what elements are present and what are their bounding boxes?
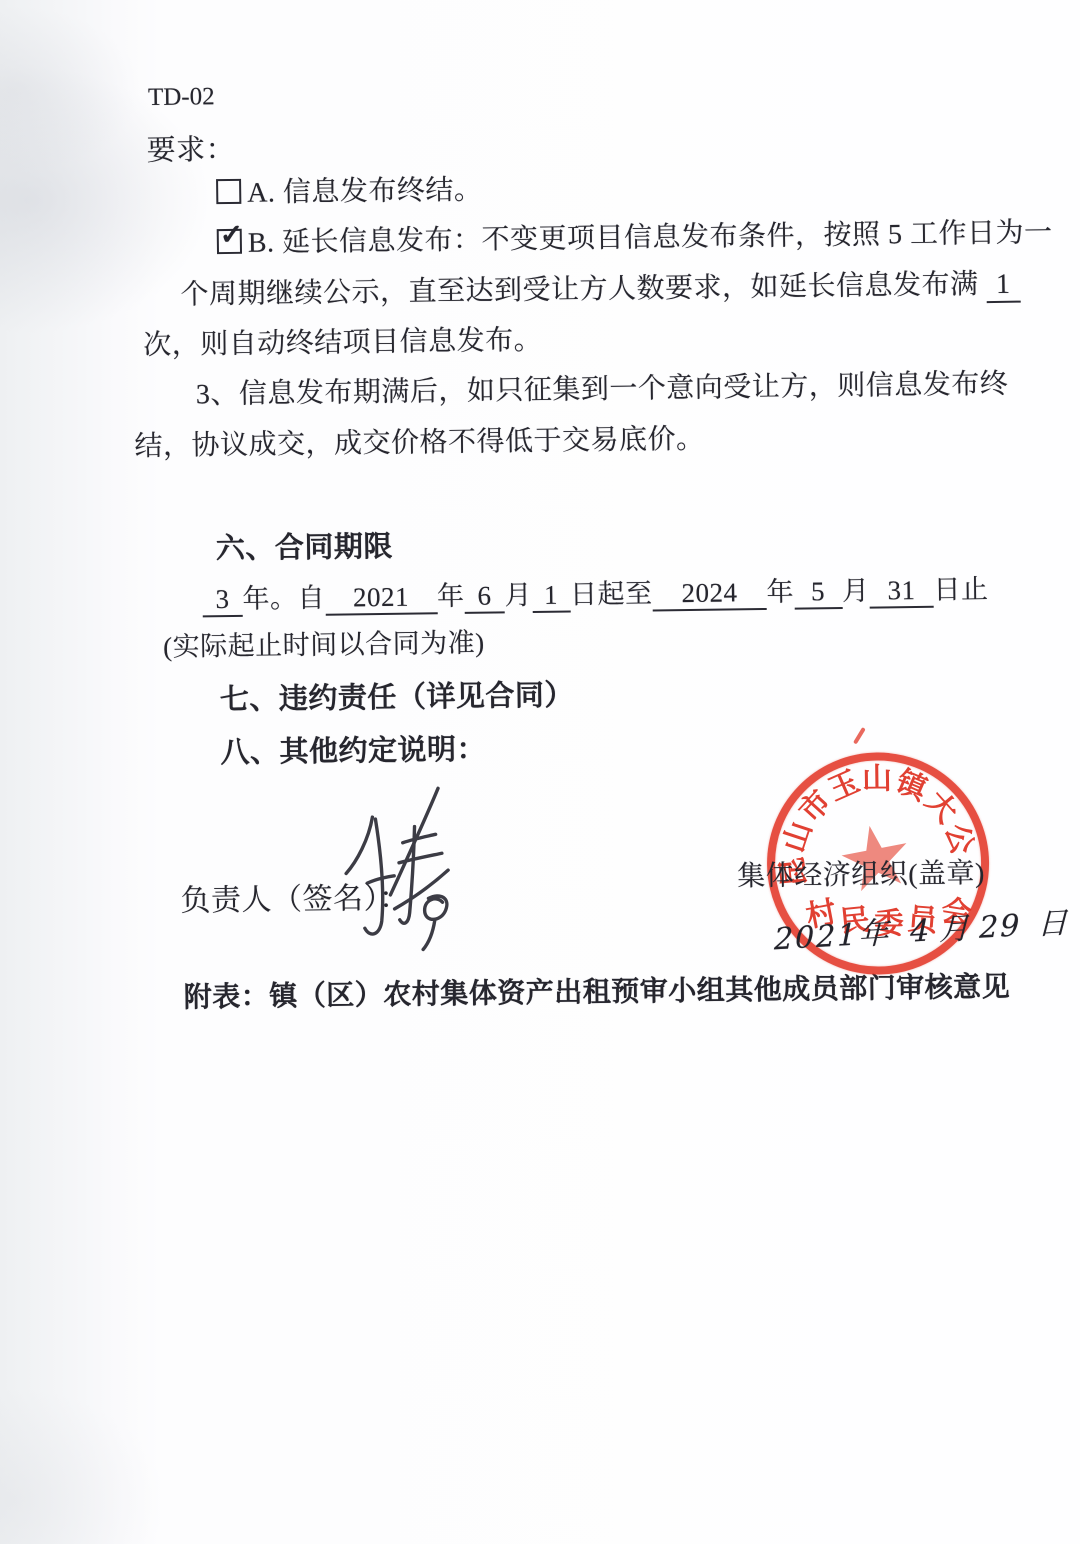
org-seal-label: 集体经济组织(盖章) [737,851,985,894]
section8-heading: 八、其他约定说明： [220,727,486,771]
term-after-years: 年。自 [242,583,325,614]
checkmark-icon: ✓ [220,222,244,250]
term-years-value: 3 [202,584,242,618]
start-year-value: 2021 [325,581,437,615]
month-label-1: 月 [504,580,532,610]
section7-heading: 七、违约责任（详见合同） [220,673,575,719]
option-b-checkbox: ✓ [217,229,242,254]
date-month-label: 月 [939,911,971,948]
year-label-1: 年 [437,581,465,611]
date-day-value: 29 [979,908,1022,945]
year-label-2: 年 [766,577,794,607]
stamp-edge-mark [853,727,866,744]
date-year-label: 年 [858,916,890,953]
option-b-line1: B. 延长信息发布：不变更项目信息发布条件，按照 5 工作日为一 [248,217,1053,259]
end-day-value: 31 [869,575,933,609]
date-year-value: 2021 [774,918,859,958]
document-content: TD-02 要求： A. 信息发布终结。 ✓B. 延长信息发布：不变更项目信息发… [0,0,1080,1544]
option-b-row: ✓B. 延长信息发布：不变更项目信息发布条件，按照 5 工作日为一 [217,210,1053,261]
option-a-row: A. 信息发布终结。 [216,168,483,211]
clause3-line1: 3、信息发布期满后，如只征集到一个意向受让方，则信息发布终 [196,362,1009,413]
option-b-line2-text: 个周期继续公示，直至达到受让方人数要求，如延长信息发布满 [180,269,978,310]
option-b-line2: 个周期继续公示，直至达到受让方人数要求，如延长信息发布满 1 [180,262,1020,314]
signature-scribble [342,784,474,956]
end-year-value: 2024 [652,577,766,611]
term-tail: 日止 [933,574,988,605]
option-a-checkbox [216,179,241,204]
option-a-label: A. 信息发布终结。 [247,175,483,209]
month-label-2: 月 [842,576,870,606]
term-between: 日起至 [570,578,653,609]
option-b-line3: 次，则自动终结项目信息发布。 [143,318,543,363]
section6-note: (实际起止时间以合同为准) [163,621,485,664]
form-code: TD-02 [148,83,215,112]
requirements-label: 要求： [146,127,235,169]
clause3-line2: 结，协议成交，成交价格不得低于交易底价。 [134,417,704,464]
stamp-arc-char: 山 [861,763,893,795]
section6-heading: 六、合同期限 [216,524,394,567]
extension-count-value: 1 [986,269,1021,303]
scanned-document-page: TD-02 要求： A. 信息发布终结。 ✓B. 延长信息发布：不变更项目信息发… [0,0,1080,1544]
date-month-value: 4 [910,913,932,949]
contract-term-line: 3年。自2021年6月1日起至2024年5月31日止 [202,567,988,617]
start-month-value: 6 [464,580,504,614]
date-day-label: 日 [1037,906,1069,943]
end-month-value: 5 [794,576,842,610]
start-day-value: 1 [532,580,570,613]
